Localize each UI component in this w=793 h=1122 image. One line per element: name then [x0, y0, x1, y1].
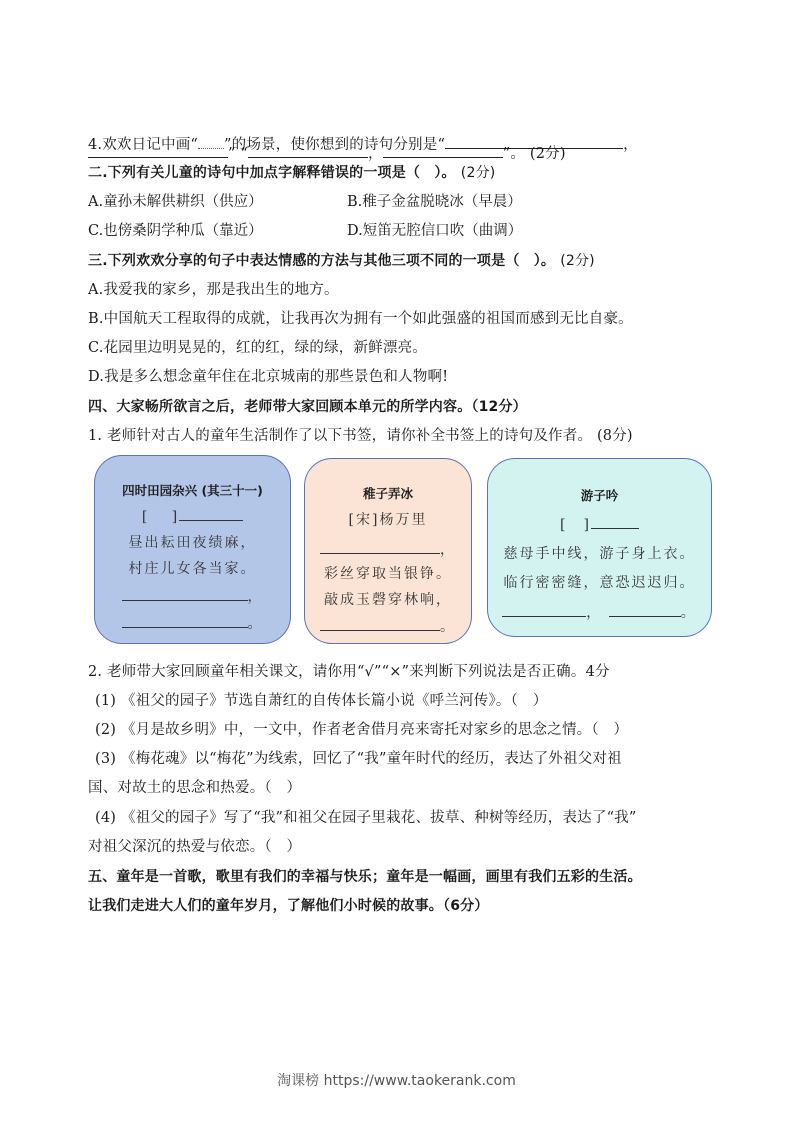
option-d[interactable]: D.我是多么想念童年住在北京城南的那些景色和人物啊! — [88, 367, 448, 387]
option-label: C.也傍桑阴学种瓜（靠近） — [88, 223, 263, 239]
option-c[interactable]: C.花园里边明晃晃的，红的红，绿的绿，新鲜漂亮。 — [88, 338, 427, 358]
option-c[interactable]: C.也傍桑阴学种瓜（靠近） — [88, 221, 263, 241]
option-label: C.花园里边明晃晃的，红的红，绿的绿，新鲜漂亮。 — [88, 340, 427, 356]
section-4-q2: 2. 老师带大家回顾童年相关课文，请你用“√”“×”来判断下列说法是否正确。4分 — [88, 662, 610, 682]
poem-line: 村庄儿女各当家。 — [95, 558, 290, 578]
option-label: D.我是多么想念童年住在北京城南的那些景色和人物啊! — [88, 369, 448, 385]
blank-row: ， — [305, 539, 471, 559]
poem-line: 慈母手中线，游子身上衣。 — [488, 543, 711, 563]
bookmark-card-2: 稚子弄冰 [宋]杨万里 ， 彩丝穿取当银铮。 敲成玉磬穿林响， 。 — [304, 458, 472, 644]
blank-row: 。 — [305, 616, 471, 636]
card-title: 四时田园杂兴 (其三十一) — [95, 481, 290, 499]
option-label: A.我爱我的家乡，那是我出生的地方。 — [88, 282, 339, 298]
judgement-3-cont: 国、对故土的思念和热爱。（ ） — [88, 778, 301, 798]
section-2-heading: 二.下列有关儿童的诗句中加点字解释错误的一项是（ ）。 (2分) — [88, 163, 495, 183]
section-4-q1: 1. 老师针对古人的童年生活制作了以下书签，请你补全书签上的诗句及作者。 (8分… — [88, 426, 633, 446]
option-label: B.稚子金盆脱晓冰（早晨） — [347, 194, 522, 210]
question-4-line2-visible: ” “，”。 (2分) — [88, 143, 566, 164]
q4-quotes: ” “ — [228, 146, 248, 162]
section-3-score: (2分) — [560, 253, 595, 269]
punct: ， — [248, 589, 264, 605]
option-b[interactable]: B.中国航天工程取得的成就，让我再次为拥有一个如此强盛的祖国而感到无比自豪。 — [88, 309, 633, 329]
author-row: [ ] — [488, 514, 711, 534]
watermark: 淘课榜 https://www.taokerank.com — [0, 1070, 793, 1090]
answer-blank[interactable] — [320, 541, 440, 554]
judgement-4[interactable]: (4) 《祖父的园子》写了“我”和祖父在园子里栽花、拔草、种树等经历，表达了“我… — [95, 808, 637, 828]
section-3-title: 三.下列欢欢分享的句子中表达情感的方法与其他三项不同的一项是（ ）。 — [88, 253, 555, 269]
author-blank[interactable] — [179, 508, 243, 521]
card-title: 稚子弄冰 — [305, 484, 471, 502]
option-d[interactable]: D.短笛无腔信口吹（曲调） — [347, 221, 522, 241]
option-a[interactable]: A.我爱我的家乡，那是我出生的地方。 — [88, 280, 339, 300]
judgement-1[interactable]: (1) 《祖父的园子》节选自萧红的自传体长篇小说《呼兰河传》。（ ） — [95, 691, 547, 711]
answer-blank[interactable] — [383, 143, 503, 158]
judgement-4-cont: 对祖父深沉的热爱与依恋。（ ） — [88, 837, 301, 857]
punct: ， — [586, 605, 602, 621]
author-bracket[interactable]: [ ] — [560, 517, 591, 533]
q4-comma: ， — [623, 137, 638, 153]
section-3-heading: 三.下列欢欢分享的句子中表达情感的方法与其他三项不同的一项是（ ）。 (2分) — [88, 251, 595, 271]
punct: 。 — [248, 616, 264, 632]
bookmark-card-1: 四时田园杂兴 (其三十一) [ ] 昼出耘田夜绩麻， 村庄儿女各当家。 ， 。 — [94, 455, 291, 644]
option-b[interactable]: B.稚子金盆脱晓冰（早晨） — [347, 192, 522, 212]
poem-line: 敲成玉磬穿林响， — [305, 589, 471, 609]
option-label: A.童孙未解供耕织（供应） — [88, 194, 263, 210]
answer-blank[interactable] — [502, 604, 586, 617]
blank-row: ， 。 — [488, 602, 711, 622]
section-5-heading: 五、童年是一首歌，歌里有我们的幸福与快乐；童年是一幅画，画里有我们五彩的生活。 — [88, 867, 642, 887]
q4-end: ”。 (2分) — [503, 146, 566, 162]
section-2-score: (2分) — [461, 165, 496, 181]
judgement-2[interactable]: (2) 《月是故乡明》中，一文中，作者老舍借月亮来寄托对家乡的思念之情。（ ） — [95, 720, 628, 740]
author-bracket[interactable]: [ ] — [142, 509, 179, 525]
section-4-heading: 四、大家畅所欲言之后，老师带大家回顾本单元的所学内容。（12分） — [88, 397, 527, 417]
author-row: [ ] — [95, 506, 290, 526]
blank-row: 。 — [95, 613, 290, 633]
answer-blank[interactable] — [88, 143, 228, 158]
section-2-title: 二.下列有关儿童的诗句中加点字解释错误的一项是（ ）。 — [88, 165, 456, 181]
answer-blank[interactable] — [122, 588, 248, 601]
answer-blank[interactable] — [122, 615, 248, 628]
poem-line: 彩丝穿取当银铮。 — [305, 563, 471, 583]
poem-line: 昼出耘田夜绩麻， — [95, 532, 290, 552]
q4-comma: ， — [368, 146, 383, 162]
blank-row: ， — [95, 586, 290, 606]
card-title: 游子吟 — [488, 486, 711, 504]
poem-line: 临行密密缝，意恐迟迟归。 — [488, 572, 711, 592]
option-label: B.中国航天工程取得的成就，让我再次为拥有一个如此强盛的祖国而感到无比自豪。 — [88, 311, 633, 327]
punct: 。 — [440, 619, 456, 635]
option-a[interactable]: A.童孙未解供耕织（供应） — [88, 192, 263, 212]
punct: ， — [440, 542, 456, 558]
option-label: D.短笛无腔信口吹（曲调） — [347, 223, 522, 239]
answer-blank[interactable] — [320, 618, 440, 631]
judgement-3[interactable]: (3) 《梅花魂》以“梅花”为线索，回忆了“我”童年时代的经历，表达了外祖父对祖 — [95, 749, 622, 769]
punct: 。 — [681, 605, 697, 621]
answer-blank[interactable] — [248, 143, 368, 158]
bookmark-card-3: 游子吟 [ ] 慈母手中线，游子身上衣。 临行密密缝，意恐迟迟归。 ， 。 — [487, 458, 712, 637]
author-blank[interactable] — [591, 516, 639, 529]
section-5-subheading: 让我们走进大人们的童年岁月，了解他们小时候的故事。（6分） — [88, 896, 489, 916]
author-row: [宋]杨万里 — [305, 509, 471, 529]
answer-blank[interactable] — [609, 604, 681, 617]
